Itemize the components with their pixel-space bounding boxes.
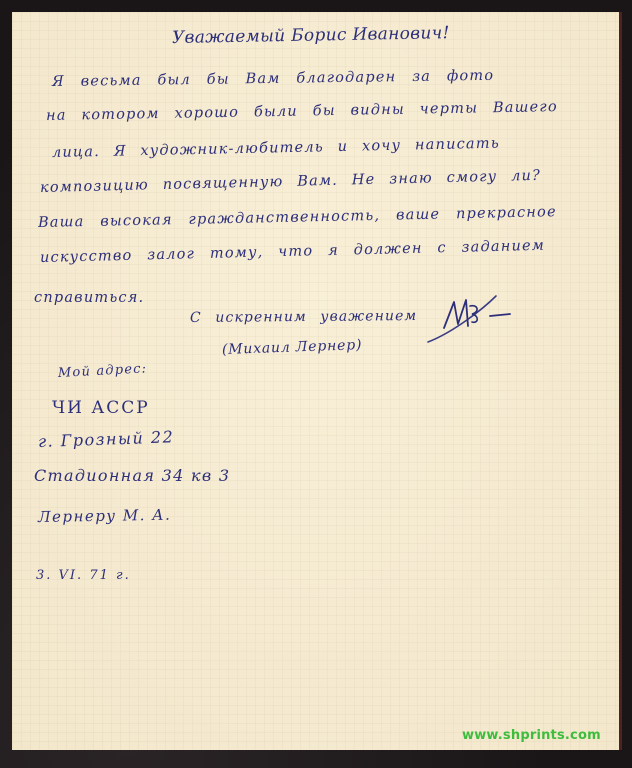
signature-icon <box>424 288 524 348</box>
address-line: Лернеру М. А. <box>38 506 172 526</box>
letter-date: 3. VI. 71 г. <box>36 568 131 583</box>
watermark-url: www.shprints.com <box>462 728 601 743</box>
address-line: ЧИ АССР <box>52 398 150 418</box>
paper-edge <box>619 12 622 750</box>
letter-closing: С искренним уважением <box>190 308 417 326</box>
letter-body-line: справиться. <box>34 290 144 306</box>
address-line: Стадионная 34 кв 3 <box>34 466 230 485</box>
